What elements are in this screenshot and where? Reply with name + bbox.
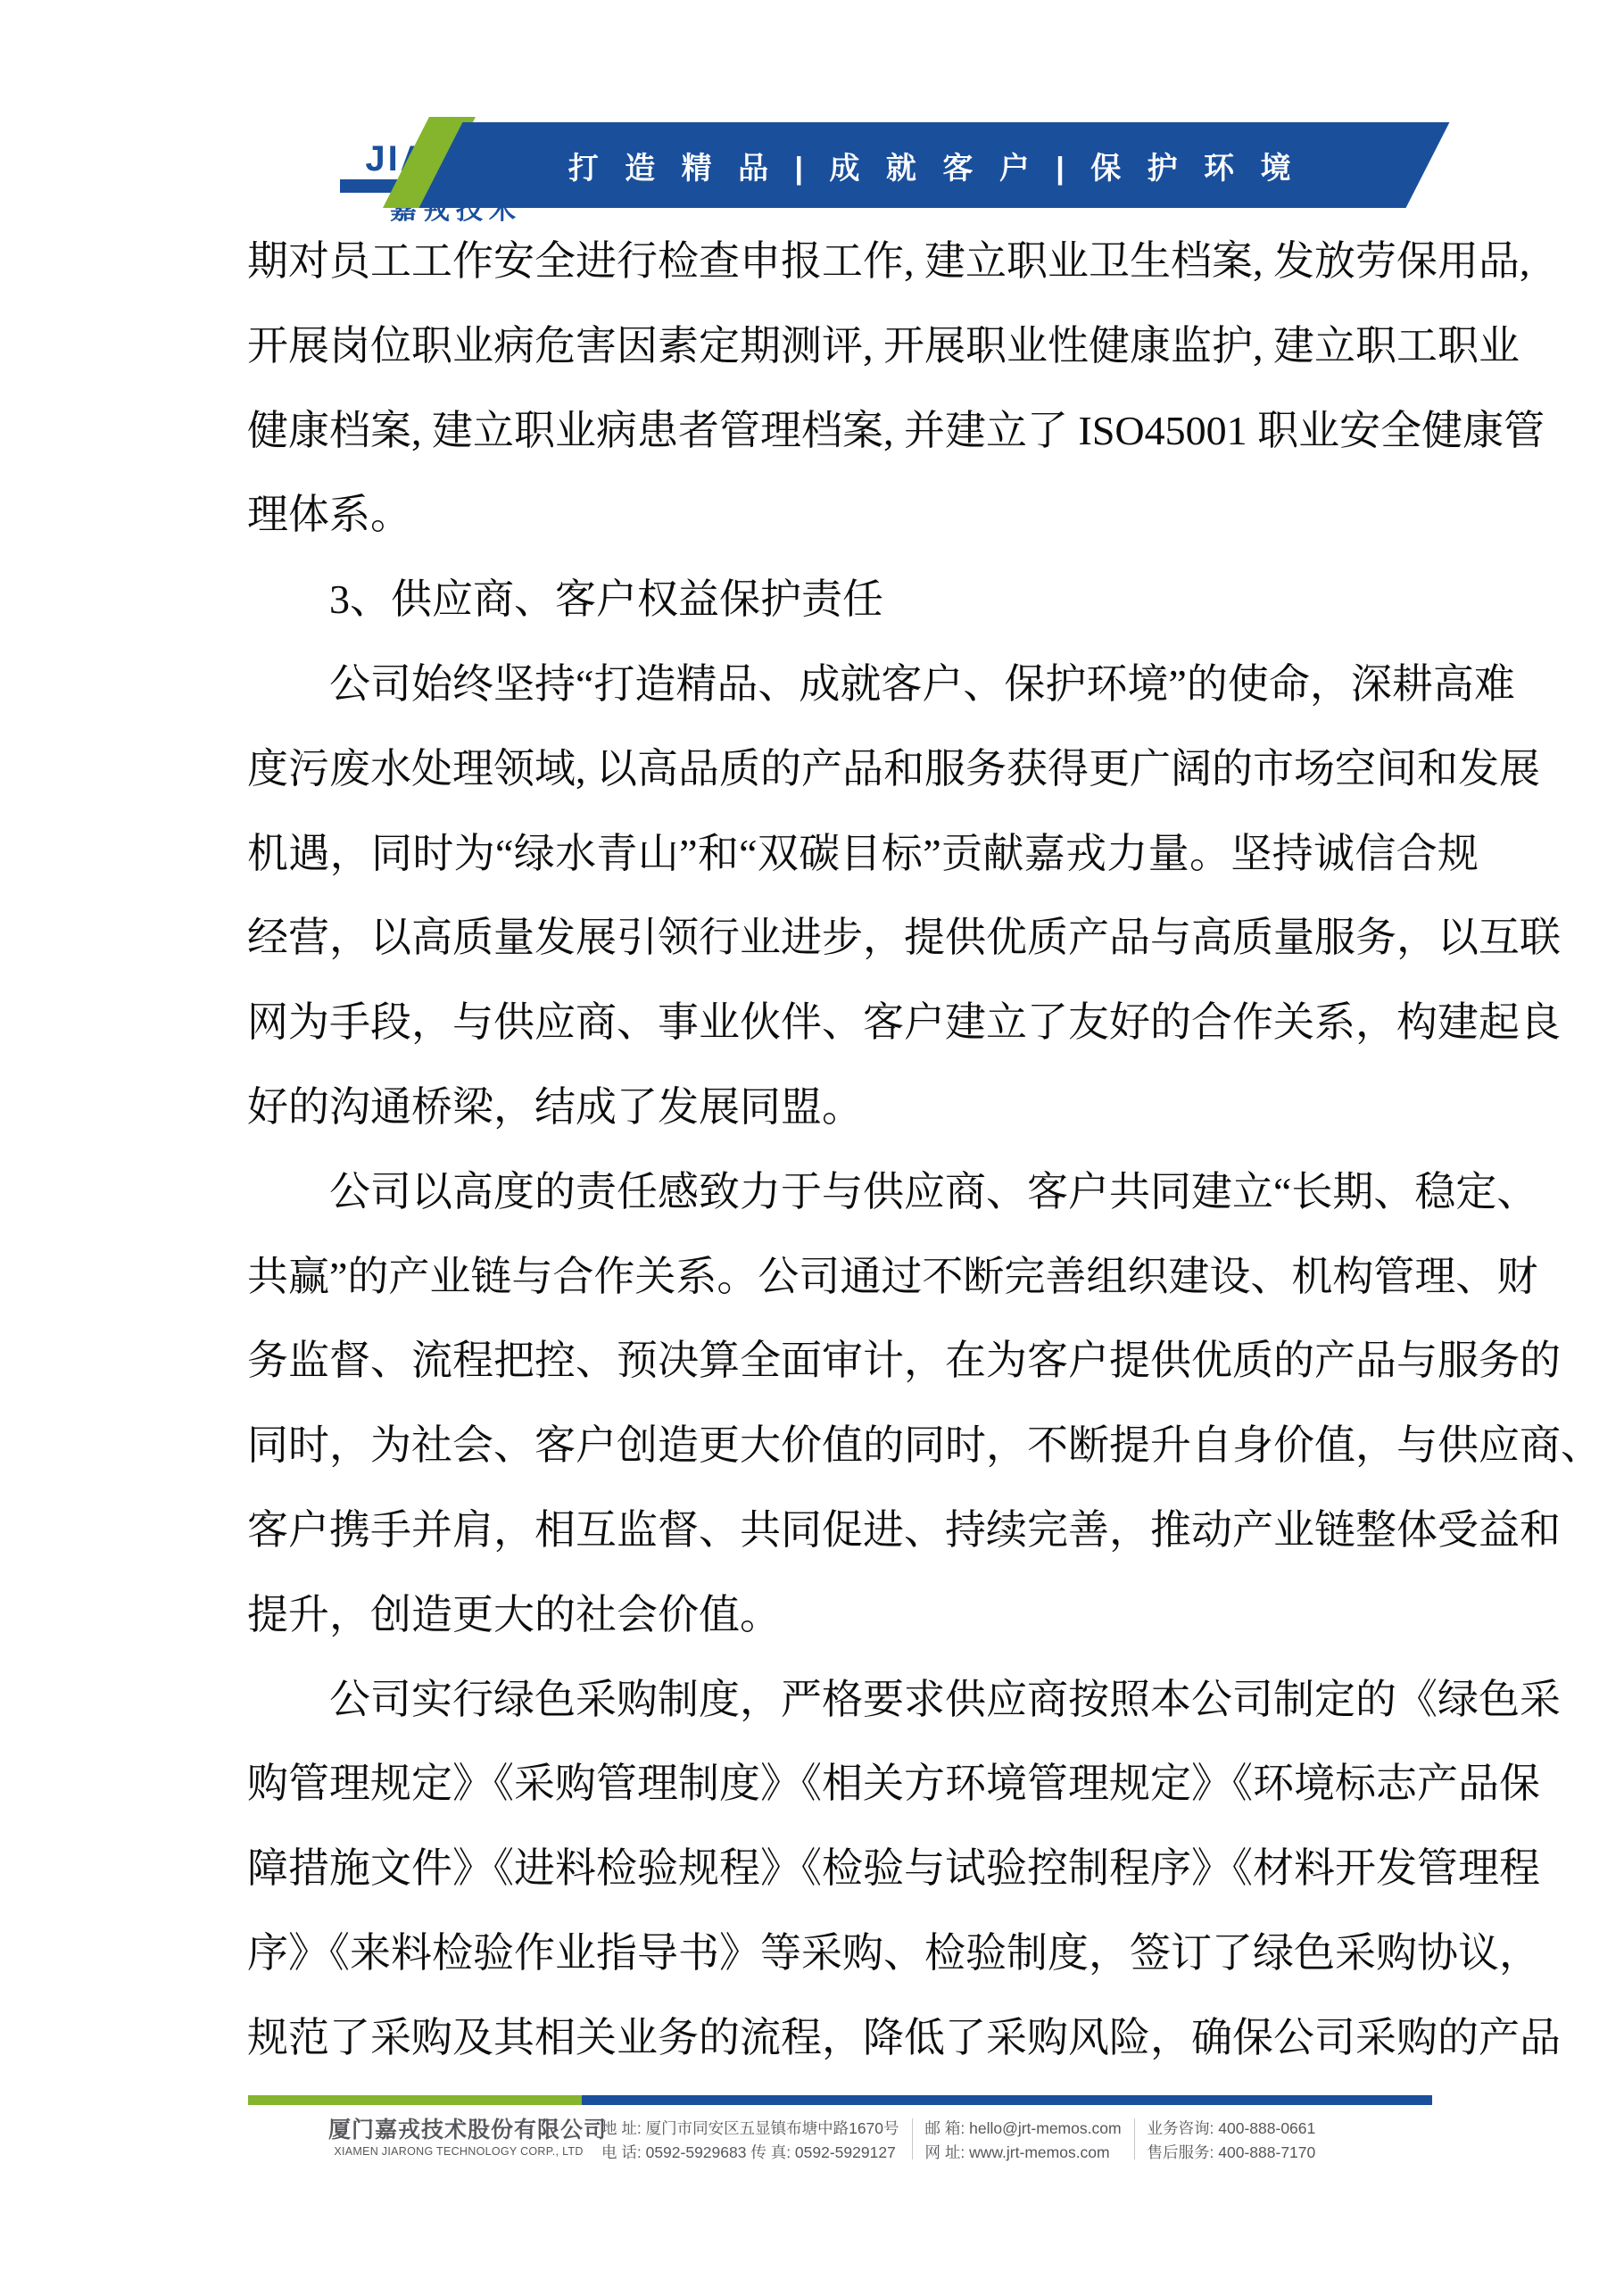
text-line: 度污废水处理领域, 以高品质的产品和服务获得更广阔的市场空间和发展	[247, 727, 1479, 812]
text-line: 规范了采购及其相关业务的流程，降低了采购风险，确保公司采购的产品	[247, 1996, 1479, 2081]
footer-company-name: 厦门嘉戎技术股份有限公司	[328, 2117, 589, 2143]
document-body: 期对员工工作安全进行检查申报工作, 建立职业卫生档案, 发放劳保用品,开展岗位职…	[247, 220, 1479, 2081]
text-line: 客户携手并肩，相互监督、共同促进、持续完善，推动产业链整体受益和	[247, 1488, 1479, 1573]
text-line: 网为手段，与供应商、事业伙伴、客户建立了友好的合作关系，构建起良	[247, 981, 1479, 1065]
footer-column: 业务咨询: 400-888-0661售后服务: 400-888-7170	[1135, 2117, 1329, 2165]
text-line: 健康档案, 建立职业病患者管理档案, 并建立了 ISO45001 职业安全健康管	[247, 389, 1479, 474]
paragraph: 公司实行绿色采购制度，严格要求供应商按照本公司制定的《绿色采购管理规定》《采购管…	[247, 1658, 1479, 2081]
text-line: 提升，创造更大的社会价值。	[247, 1573, 1479, 1658]
footer-line: 电 话: 0592-5929683 传 真: 0592-5929127	[601, 2141, 899, 2165]
paragraph: 公司以高度的责任感致力于与供应商、客户共同建立“长期、稳定、共赢”的产业链与合作…	[247, 1150, 1479, 1658]
footer: 厦门嘉戎技术股份有限公司 XIAMEN JIARONG TECHNOLOGY C…	[328, 2117, 1363, 2165]
footer-info-columns: 地 址: 厦门市同安区五显镇布塘中路1670号电 话: 0592-5929683…	[589, 2117, 1328, 2165]
text-line: 机遇，同时为“绿水青山”和“双碳目标”贡献嘉戎力量。坚持诚信合规	[247, 812, 1479, 897]
text-line: 公司实行绿色采购制度，严格要求供应商按照本公司制定的《绿色采	[247, 1658, 1479, 1743]
text-line: 共赢”的产业链与合作关系。公司通过不断完善组织建设、机构管理、财	[247, 1235, 1479, 1320]
footer-company-name-en: XIAMEN JIARONG TECHNOLOGY CORP., LTD	[328, 2143, 589, 2159]
paragraph: 3、供应商、客户权益保护责任	[247, 558, 1479, 642]
footer-line: 业务咨询: 400-888-0661	[1148, 2117, 1316, 2141]
footer-line: 邮 箱: hello@jrt-memos.com	[925, 2117, 1122, 2141]
footer-line: 地 址: 厦门市同安区五显镇布塘中路1670号	[601, 2117, 899, 2141]
footer-line: 售后服务: 400-888-7170	[1148, 2141, 1316, 2165]
text-line: 经营，以高质量发展引领行业进步，提供优质产品与高质量服务，以互联	[247, 896, 1479, 981]
text-line: 好的沟通桥梁，结成了发展同盟。	[247, 1065, 1479, 1150]
footer-line: 网 址: www.jrt-memos.com	[925, 2141, 1122, 2165]
footer-company: 厦门嘉戎技术股份有限公司 XIAMEN JIARONG TECHNOLOGY C…	[328, 2117, 589, 2159]
text-line: 务监督、流程把控、预决算全面审计，在为客户提供优质的产品与服务的	[247, 1319, 1479, 1404]
text-line: 3、供应商、客户权益保护责任	[247, 558, 1479, 642]
text-line: 开展岗位职业病危害因素定期测评, 开展职业性健康监护, 建立职工职业	[247, 304, 1479, 389]
footer-column: 邮 箱: hello@jrt-memos.com网 址: www.jrt-mem…	[913, 2117, 1134, 2165]
text-line: 公司始终坚持“打造精品、成就客户、保护环境”的使命，深耕高难	[247, 642, 1479, 727]
text-line: 同时，为社会、客户创造更大价值的同时，不断提升自身价值，与供应商、	[247, 1404, 1479, 1488]
text-line: 公司以高度的责任感致力于与供应商、客户共同建立“长期、稳定、	[247, 1150, 1479, 1235]
text-line: 序》《来料检验作业指导书》等采购、检验制度，签订了绿色采购协议，	[247, 1911, 1479, 1996]
paragraph: 公司始终坚持“打造精品、成就客户、保护环境”的使命，深耕高难度污废水处理领域, …	[247, 642, 1479, 1150]
paragraph: 期对员工工作安全进行检查申报工作, 建立职业卫生档案, 发放劳保用品,开展岗位职…	[247, 220, 1479, 558]
footer-blue-bar	[582, 2095, 1432, 2105]
slogan-text: 打 造 精 品 | 成 就 客 户 | 保 护 环 境	[568, 144, 1300, 187]
text-line: 期对员工工作安全进行检查申报工作, 建立职业卫生档案, 发放劳保用品,	[247, 220, 1479, 304]
text-line: 障措施文件》《进料检验规程》《检验与试验控制程序》《材料开发管理程	[247, 1827, 1479, 1911]
slogan-banner: 打 造 精 品 | 成 就 客 户 | 保 护 环 境	[419, 122, 1450, 208]
text-line: 购管理规定》《采购管理制度》《相关方环境管理规定》《环境标志产品保	[247, 1742, 1479, 1827]
footer-green-bar	[248, 2095, 582, 2105]
text-line: 理体系。	[247, 473, 1479, 558]
document-page: JIARONG TECHNOLOGY 嘉戎技术 打 造 精 品 | 成 就 客 …	[0, 0, 1624, 2296]
footer-column: 地 址: 厦门市同安区五显镇布塘中路1670号电 话: 0592-5929683…	[589, 2117, 912, 2165]
